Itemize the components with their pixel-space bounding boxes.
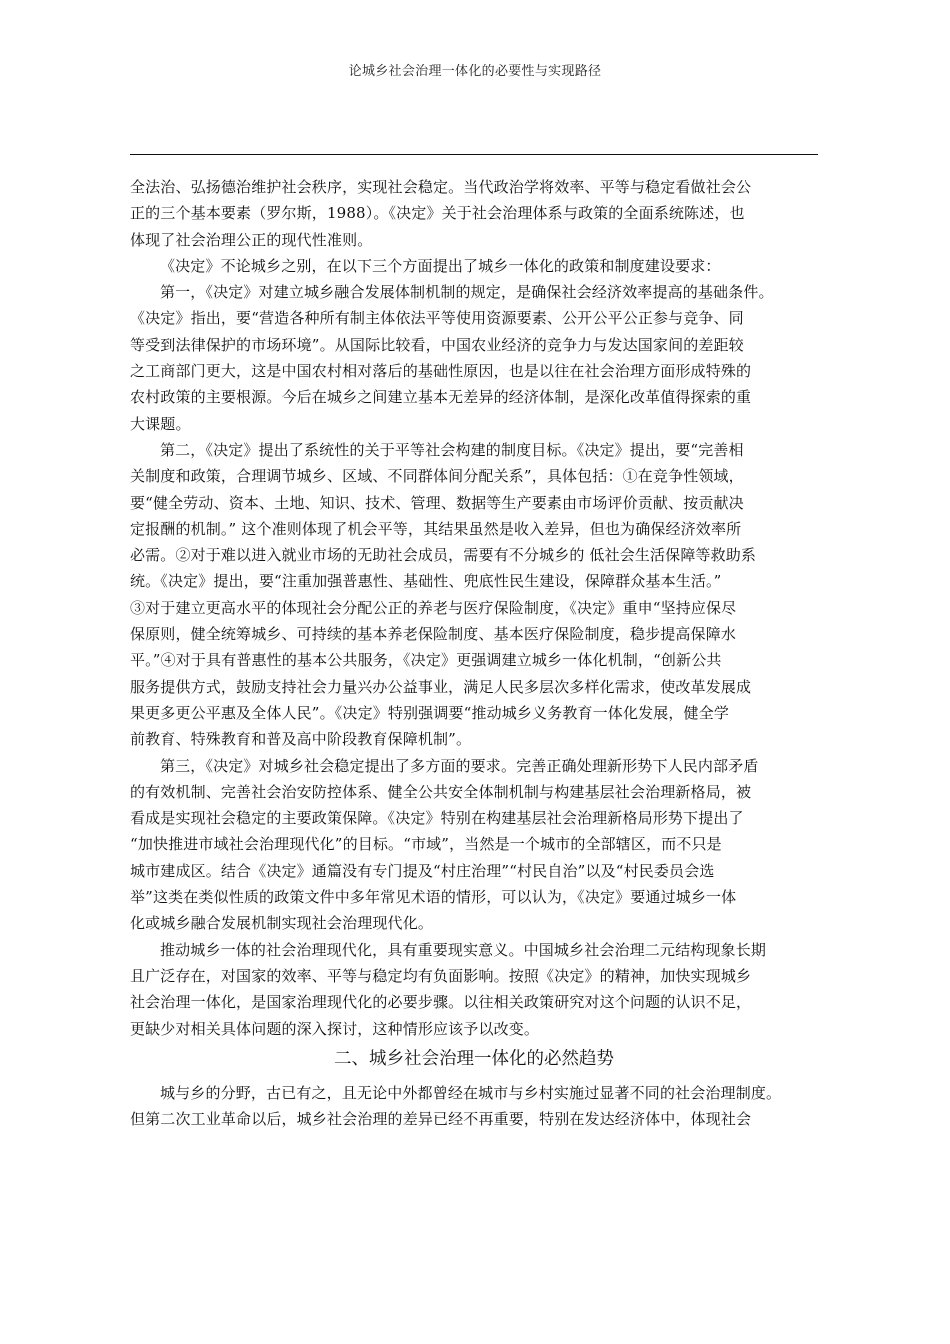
paragraph: 第二，《决定》提出了系统性的关于平等社会构建的制度目标。《决定》提出，要“完善相… <box>130 437 830 753</box>
text-line: 定报酬的机制。” 这个准则体现了机会平等，其结果虽然是收入差异，但也为确保经济效… <box>130 516 830 542</box>
text-line: 第三，《决定》对城乡社会稳定提出了多方面的要求。完善正确处理新形势下人民内部矛盾 <box>130 753 830 779</box>
text-line: 等受到法律保护的市场环境”。从国际比较看，中国农业经济的竞争力与发达国家间的差距… <box>130 332 830 358</box>
text-line: 第二，《决定》提出了系统性的关于平等社会构建的制度目标。《决定》提出，要“完善相 <box>130 437 830 463</box>
text-line: 第一，《决定》对建立城乡融合发展体制机制的规定，是确保社会经济效率提高的基础条件… <box>130 279 830 305</box>
text-line: 城与乡的分野，古已有之，且无论中外都曾经在城市与乡村实施过显著不同的社会治理制度… <box>130 1080 830 1106</box>
text-line: 大课题。 <box>130 411 830 437</box>
text-line: 统。《决定》提出，要“注重加强普惠性、基础性、兜底性民生建设，保障群众基本生活。… <box>130 568 830 594</box>
text-line: 举”这类在类似性质的政策文件中多年常见术语的情形，可以认为，《决定》要通过城乡一… <box>130 884 830 910</box>
text-line: 农村政策的主要根源。今后在城乡之间建立基本无差异的经济体制，是深化改革值得探索的… <box>130 384 830 410</box>
section-heading: 二、城乡社会治理一体化的必然趋势 <box>130 1042 818 1076</box>
header-divider <box>130 154 818 155</box>
text-line: “加快推进市域社会治理现代化”的目标。“市域”，当然是一个城市的全部辖区，而不只… <box>130 831 830 857</box>
text-line: 平。”④对于具有普惠性的基本公共服务，《决定》更强调建立城乡一体化机制，“创新公… <box>130 647 830 673</box>
text-line: 《决定》指出，要“营造各种所有制主体依法平等使用资源要素、公开公平公正参与竞争、… <box>130 305 830 331</box>
paragraph: 城与乡的分野，古已有之，且无论中外都曾经在城市与乡村实施过显著不同的社会治理制度… <box>130 1080 830 1133</box>
paragraph: 推动城乡一体的社会治理现代化，具有重要现实意义。中国城乡社会治理二元结构现象长期… <box>130 937 830 1042</box>
text-line: 的有效机制、完善社会治安防控体系、健全公共安全体制机制与构建基层社会治理新格局，… <box>130 779 830 805</box>
text-line: 要“健全劳动、资本、土地、知识、技术、管理、数据等生产要素由市场评价贡献、按贡献… <box>130 490 830 516</box>
text-line: 社会治理一体化，是国家治理现代化的必要步骤。以往相关政策研究对这个问题的认识不足… <box>130 989 830 1015</box>
body-text: 全法治、弘扬德治维护社会秩序，实现社会稳定。当代政治学将效率、平等与稳定看做社会… <box>130 174 830 1132</box>
text-line: 全法治、弘扬德治维护社会秩序，实现社会稳定。当代政治学将效率、平等与稳定看做社会… <box>130 174 830 200</box>
text-line: 更缺少对相关具体问题的深入探讨，这种情形应该予以改变。 <box>130 1016 830 1042</box>
text-line: 正的三个基本要素（罗尔斯，1988）。《决定》关于社会治理体系与政策的全面系统陈… <box>130 200 830 226</box>
text-line: 且广泛存在，对国家的效率、平等与稳定均有负面影响。按照《决定》的精神，加快实现城… <box>130 963 830 989</box>
paragraph: 《决定》不论城乡之别，在以下三个方面提出了城乡一体化的政策和制度建设要求： <box>130 253 830 279</box>
running-header-title: 论城乡社会治理一体化的必要性与实现路径 <box>0 60 950 79</box>
text-line: 体现了社会治理公正的现代性准则。 <box>130 227 830 253</box>
text-line: 化或城乡融合发展机制实现社会治理现代化。 <box>130 910 830 936</box>
text-line: 看成是实现社会稳定的主要政策保障。《决定》特别在构建基层社会治理新格局形势下提出… <box>130 805 830 831</box>
text-line: ③对于建立更高水平的体现社会分配公正的养老与医疗保险制度，《决定》重申“坚持应保… <box>130 595 830 621</box>
text-line: 果更多更公平惠及全体人民”。《决定》特别强调要“推动城乡义务教育一体化发展，健全… <box>130 700 830 726</box>
text-line: 但第二次工业革命以后，城乡社会治理的差异已经不再重要，特别在发达经济体中，体现社… <box>130 1106 830 1132</box>
text-line: 城市建成区。结合《决定》通篇没有专门提及“村庄治理”“村民自治”以及“村民委员会… <box>130 858 830 884</box>
paragraph: 第一，《决定》对建立城乡融合发展体制机制的规定，是确保社会经济效率提高的基础条件… <box>130 279 830 437</box>
text-line: 推动城乡一体的社会治理现代化，具有重要现实意义。中国城乡社会治理二元结构现象长期 <box>130 937 830 963</box>
text-line: 必需。②对于难以进入就业市场的无助社会成员，需要有不分城乡的 低社会生活保障等救… <box>130 542 830 568</box>
text-line: 保原则，健全统筹城乡、可持续的基本养老保险制度、基本医疗保险制度，稳步提高保障水 <box>130 621 830 647</box>
paragraph: 全法治、弘扬德治维护社会秩序，实现社会稳定。当代政治学将效率、平等与稳定看做社会… <box>130 174 830 253</box>
text-line: 关制度和政策，合理调节城乡、区域、不同群体间分配关系”，具体包括：①在竞争性领域… <box>130 463 830 489</box>
paragraph: 第三，《决定》对城乡社会稳定提出了多方面的要求。完善正确处理新形势下人民内部矛盾… <box>130 753 830 937</box>
text-line: 之工商部门更大，这是中国农村相对落后的基础性原因，也是以往在社会治理方面形成特殊… <box>130 358 830 384</box>
text-line: 前教育、特殊教育和普及高中阶段教育保障机制”。 <box>130 726 830 752</box>
text-line: 《决定》不论城乡之别，在以下三个方面提出了城乡一体化的政策和制度建设要求： <box>130 253 830 279</box>
text-line: 服务提供方式，鼓励支持社会力量兴办公益事业，满足人民多层次多样化需求，使改革发展… <box>130 674 830 700</box>
